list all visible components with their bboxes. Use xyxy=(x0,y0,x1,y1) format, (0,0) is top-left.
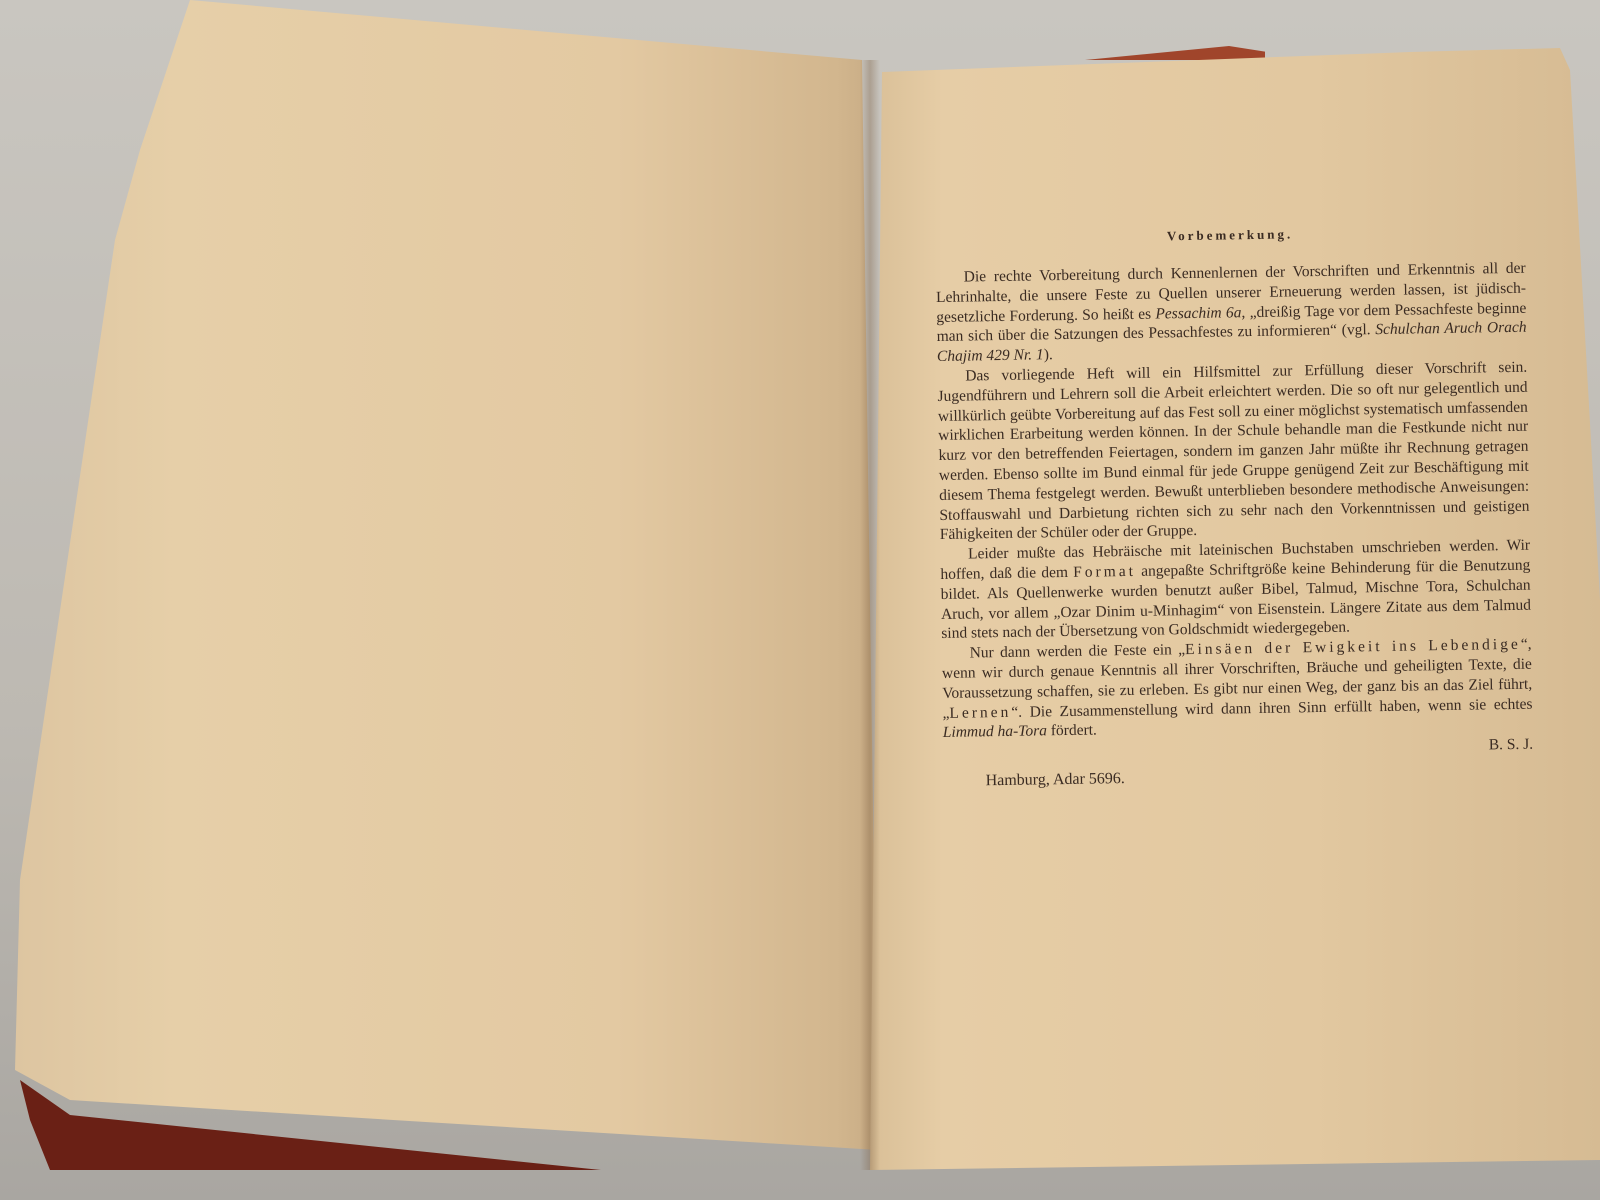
text-run: Nur dann werden die Feste ein „ xyxy=(969,641,1185,661)
spaced-phrase: Einsäen der Ewigkeit ins Lebendige xyxy=(1185,636,1521,658)
paragraph-2: Das vorliegende Heft will ein Hilfsmitte… xyxy=(937,358,1530,545)
text-run: fördert. xyxy=(1047,722,1097,740)
left-page-blank xyxy=(0,0,880,1160)
preface-text-block: Vorbemerkung. Die rechte Vorbereitung du… xyxy=(935,223,1534,791)
photo-scene: Vorbemerkung. Die rechte Vorbereitung du… xyxy=(0,0,1600,1200)
spaced-word: Format xyxy=(1073,563,1136,581)
cover-edge-top xyxy=(1085,46,1265,60)
paragraph-3: Leider mußte das Hebräische mit lateinis… xyxy=(940,536,1531,644)
text-run: ). xyxy=(1044,346,1053,363)
spaced-word: Lernen xyxy=(949,703,1011,721)
paragraph-1: Die rechte Vorbereitung durch Kennenlern… xyxy=(936,259,1527,367)
citation-italic: Pessachim 6a xyxy=(1155,304,1241,322)
paragraph-4: Nur dann werden die Feste ein „Einsäen d… xyxy=(941,635,1532,743)
term-italic: Limmud ha-Tora xyxy=(943,723,1047,742)
book-gutter xyxy=(860,60,880,1170)
